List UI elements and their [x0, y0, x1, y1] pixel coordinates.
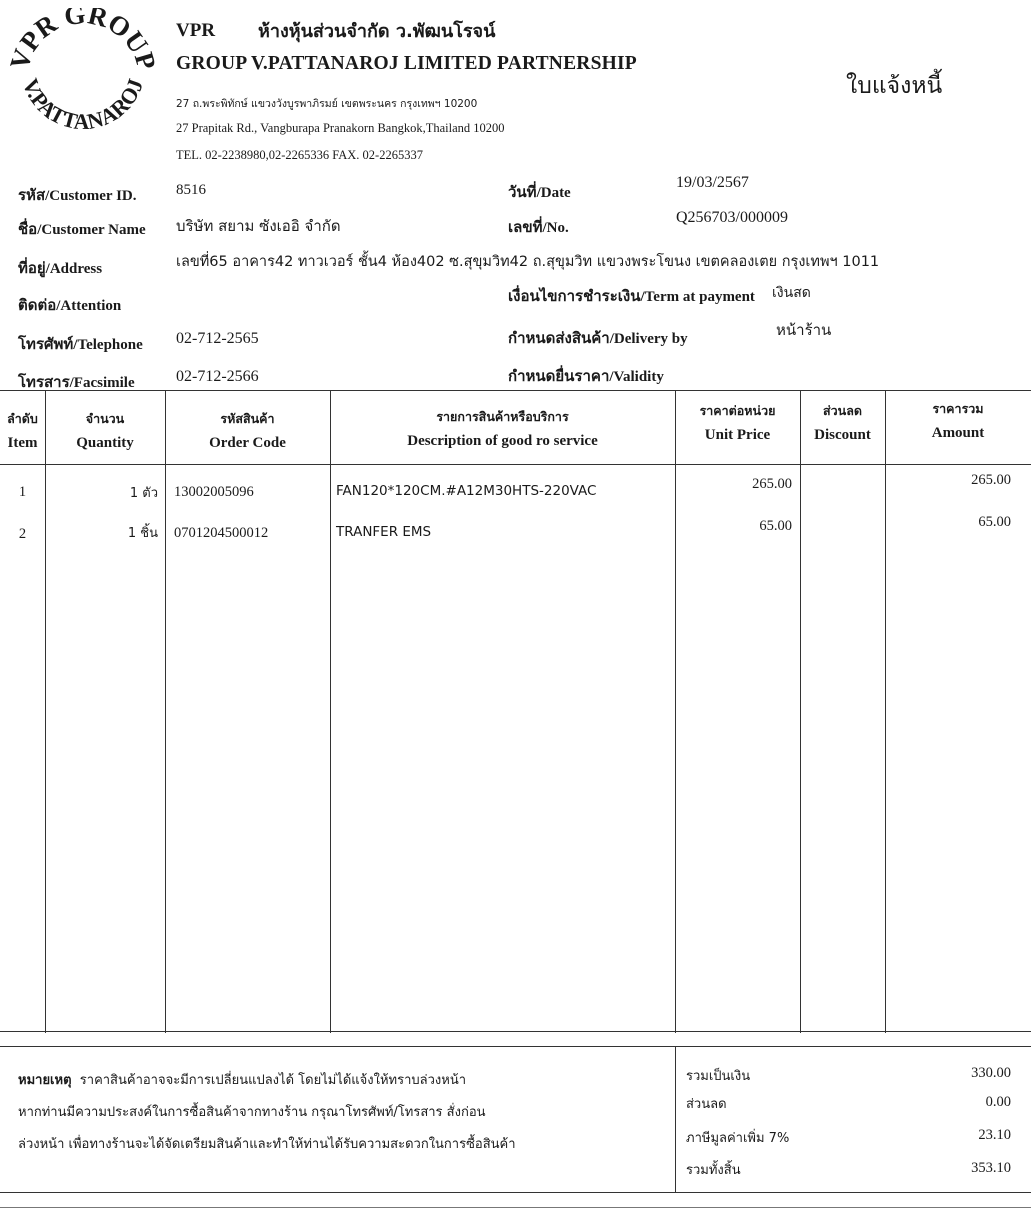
company-address-th: 27 ถ.พระพิทักษ์ แขวงวังบูรพาภิรมย์ เขตพร… [176, 95, 477, 112]
vat-label: ภาษีมูลค่าเพิ่ม 7% [686, 1127, 789, 1148]
logo-top-text: VPR GROUP [8, 8, 158, 73]
header-description: รายการสินค้าหรือบริการ Description of go… [330, 406, 675, 452]
row-amount: 265.00 [971, 472, 1011, 489]
col-divider [675, 390, 676, 1033]
table-top-border [0, 390, 1031, 391]
table-bottom-border [0, 1031, 1031, 1032]
footer-divider [675, 1047, 676, 1192]
customer-name-label: ชื่อ/Customer Name [18, 217, 146, 241]
company-short-name: VPR [176, 20, 215, 42]
logo-bottom-text: V.PATTANAROJ [18, 75, 148, 134]
date-value: 19/03/2567 [676, 174, 749, 192]
row-unit-price: 265.00 [752, 476, 792, 493]
customer-id-label: รหัส/Customer ID. [18, 183, 136, 207]
row-amount: 65.00 [978, 514, 1011, 531]
company-logo: VPR GROUP V.PATTANAROJ [8, 8, 158, 158]
row-quantity: 1 ตัว [130, 482, 158, 503]
attention-label: ติดต่อ/Attention [18, 293, 121, 317]
telephone-value: 02-712-2565 [176, 330, 259, 348]
note-line-3: ล่วงหน้า เพื่อทางร้านจะได้จัดเตรียมสินค้… [18, 1133, 516, 1154]
col-divider [45, 390, 46, 1033]
total-label: รวมทั้งสิ้น [686, 1159, 741, 1180]
discount-value: 0.00 [986, 1094, 1011, 1111]
row-item: 2 [0, 526, 45, 543]
row-quantity: 1 ชิ้น [128, 522, 158, 543]
customer-address: เลขที่65 อาคาร42 ทาวเวอร์ ชั้น4 ห้อง402 … [176, 250, 879, 273]
row-description: FAN120*120CM.#A12M30HTS-220VAC [336, 483, 596, 499]
header-discount: ส่วนลด Discount [800, 400, 885, 446]
company-name-th: ห้างหุ้นส่วนจำกัด ว.พัฒนโรจน์ [258, 16, 495, 45]
delivery-value: หน้าร้าน [776, 318, 831, 342]
payment-term-label: เงื่อนไขการชำระเงิน/Term at payment [508, 284, 755, 308]
col-divider [800, 390, 801, 1033]
header-amount: ราคารวม Amount [885, 398, 1031, 444]
document-title: ใบแจ้งหนี้ [846, 68, 942, 104]
date-label: วันที่/Date [508, 180, 571, 204]
row-unit-price: 65.00 [759, 518, 792, 535]
bottom-rule [0, 1207, 1031, 1208]
fax-value: 02-712-2566 [176, 368, 259, 386]
doc-no-label: เลขที่/No. [508, 215, 569, 239]
row-item: 1 [0, 484, 45, 501]
items-table: ลำดับ Item จำนวน Quantity รหัสสินค้า Ord… [0, 390, 1031, 1033]
footer-box: หมายเหตุ ราคาสินค้าอาจจะมีการเปลี่ยนแปลง… [0, 1046, 1031, 1193]
subtotal-label: รวมเป็นเงิน [686, 1065, 750, 1086]
discount-label: ส่วนลด [686, 1093, 727, 1114]
company-name-en: GROUP V.PATTANAROJ LIMITED PARTNERSHIP [176, 53, 637, 75]
table-header-border [0, 464, 1031, 465]
header-item: ลำดับ Item [0, 408, 45, 454]
note-label: หมายเหตุ [18, 1073, 72, 1088]
row-description: TRANFER EMS [336, 524, 431, 540]
company-contact: TEL. 02-2238980,02-2265336 FAX. 02-22653… [176, 148, 423, 163]
total-value: 353.10 [971, 1160, 1011, 1177]
row-order-code: 13002005096 [174, 484, 254, 501]
note-line-1: หมายเหตุ ราคาสินค้าอาจจะมีการเปลี่ยนแปลง… [18, 1069, 466, 1090]
subtotal-value: 330.00 [971, 1065, 1011, 1082]
header-quantity: จำนวน Quantity [45, 408, 165, 454]
delivery-label: กำหนดส่งสินค้า/Delivery by [508, 326, 688, 350]
validity-label: กำหนดยื่นราคา/Validity [508, 364, 664, 388]
note-text: ราคาสินค้าอาจจะมีการเปลี่ยนแปลงได้ โดยไม… [80, 1073, 466, 1088]
company-address-en: 27 Prapitak Rd., Vangburapa Pranakorn Ba… [176, 121, 505, 136]
customer-id: 8516 [176, 182, 206, 199]
header-order-code: รหัสสินค้า Order Code [165, 408, 330, 454]
row-order-code: 0701204500012 [174, 525, 268, 542]
vat-value: 23.10 [978, 1127, 1011, 1144]
header-unit-price: ราคาต่อหน่วย Unit Price [675, 400, 800, 446]
col-divider [885, 390, 886, 1033]
col-divider [165, 390, 166, 1033]
col-divider [330, 390, 331, 1033]
customer-name: บริษัท สยาม ซังเออิ จำกัด [176, 214, 341, 238]
note-line-2: หากท่านมีความประสงค์ในการซื้อสินค้าจากทา… [18, 1101, 486, 1122]
payment-term-value: เงินสด [772, 282, 811, 304]
customer-address-label: ที่อยู่/Address [18, 256, 102, 280]
doc-no-value: Q256703/000009 [676, 209, 788, 227]
telephone-label: โทรศัพท์/Telephone [18, 332, 143, 356]
